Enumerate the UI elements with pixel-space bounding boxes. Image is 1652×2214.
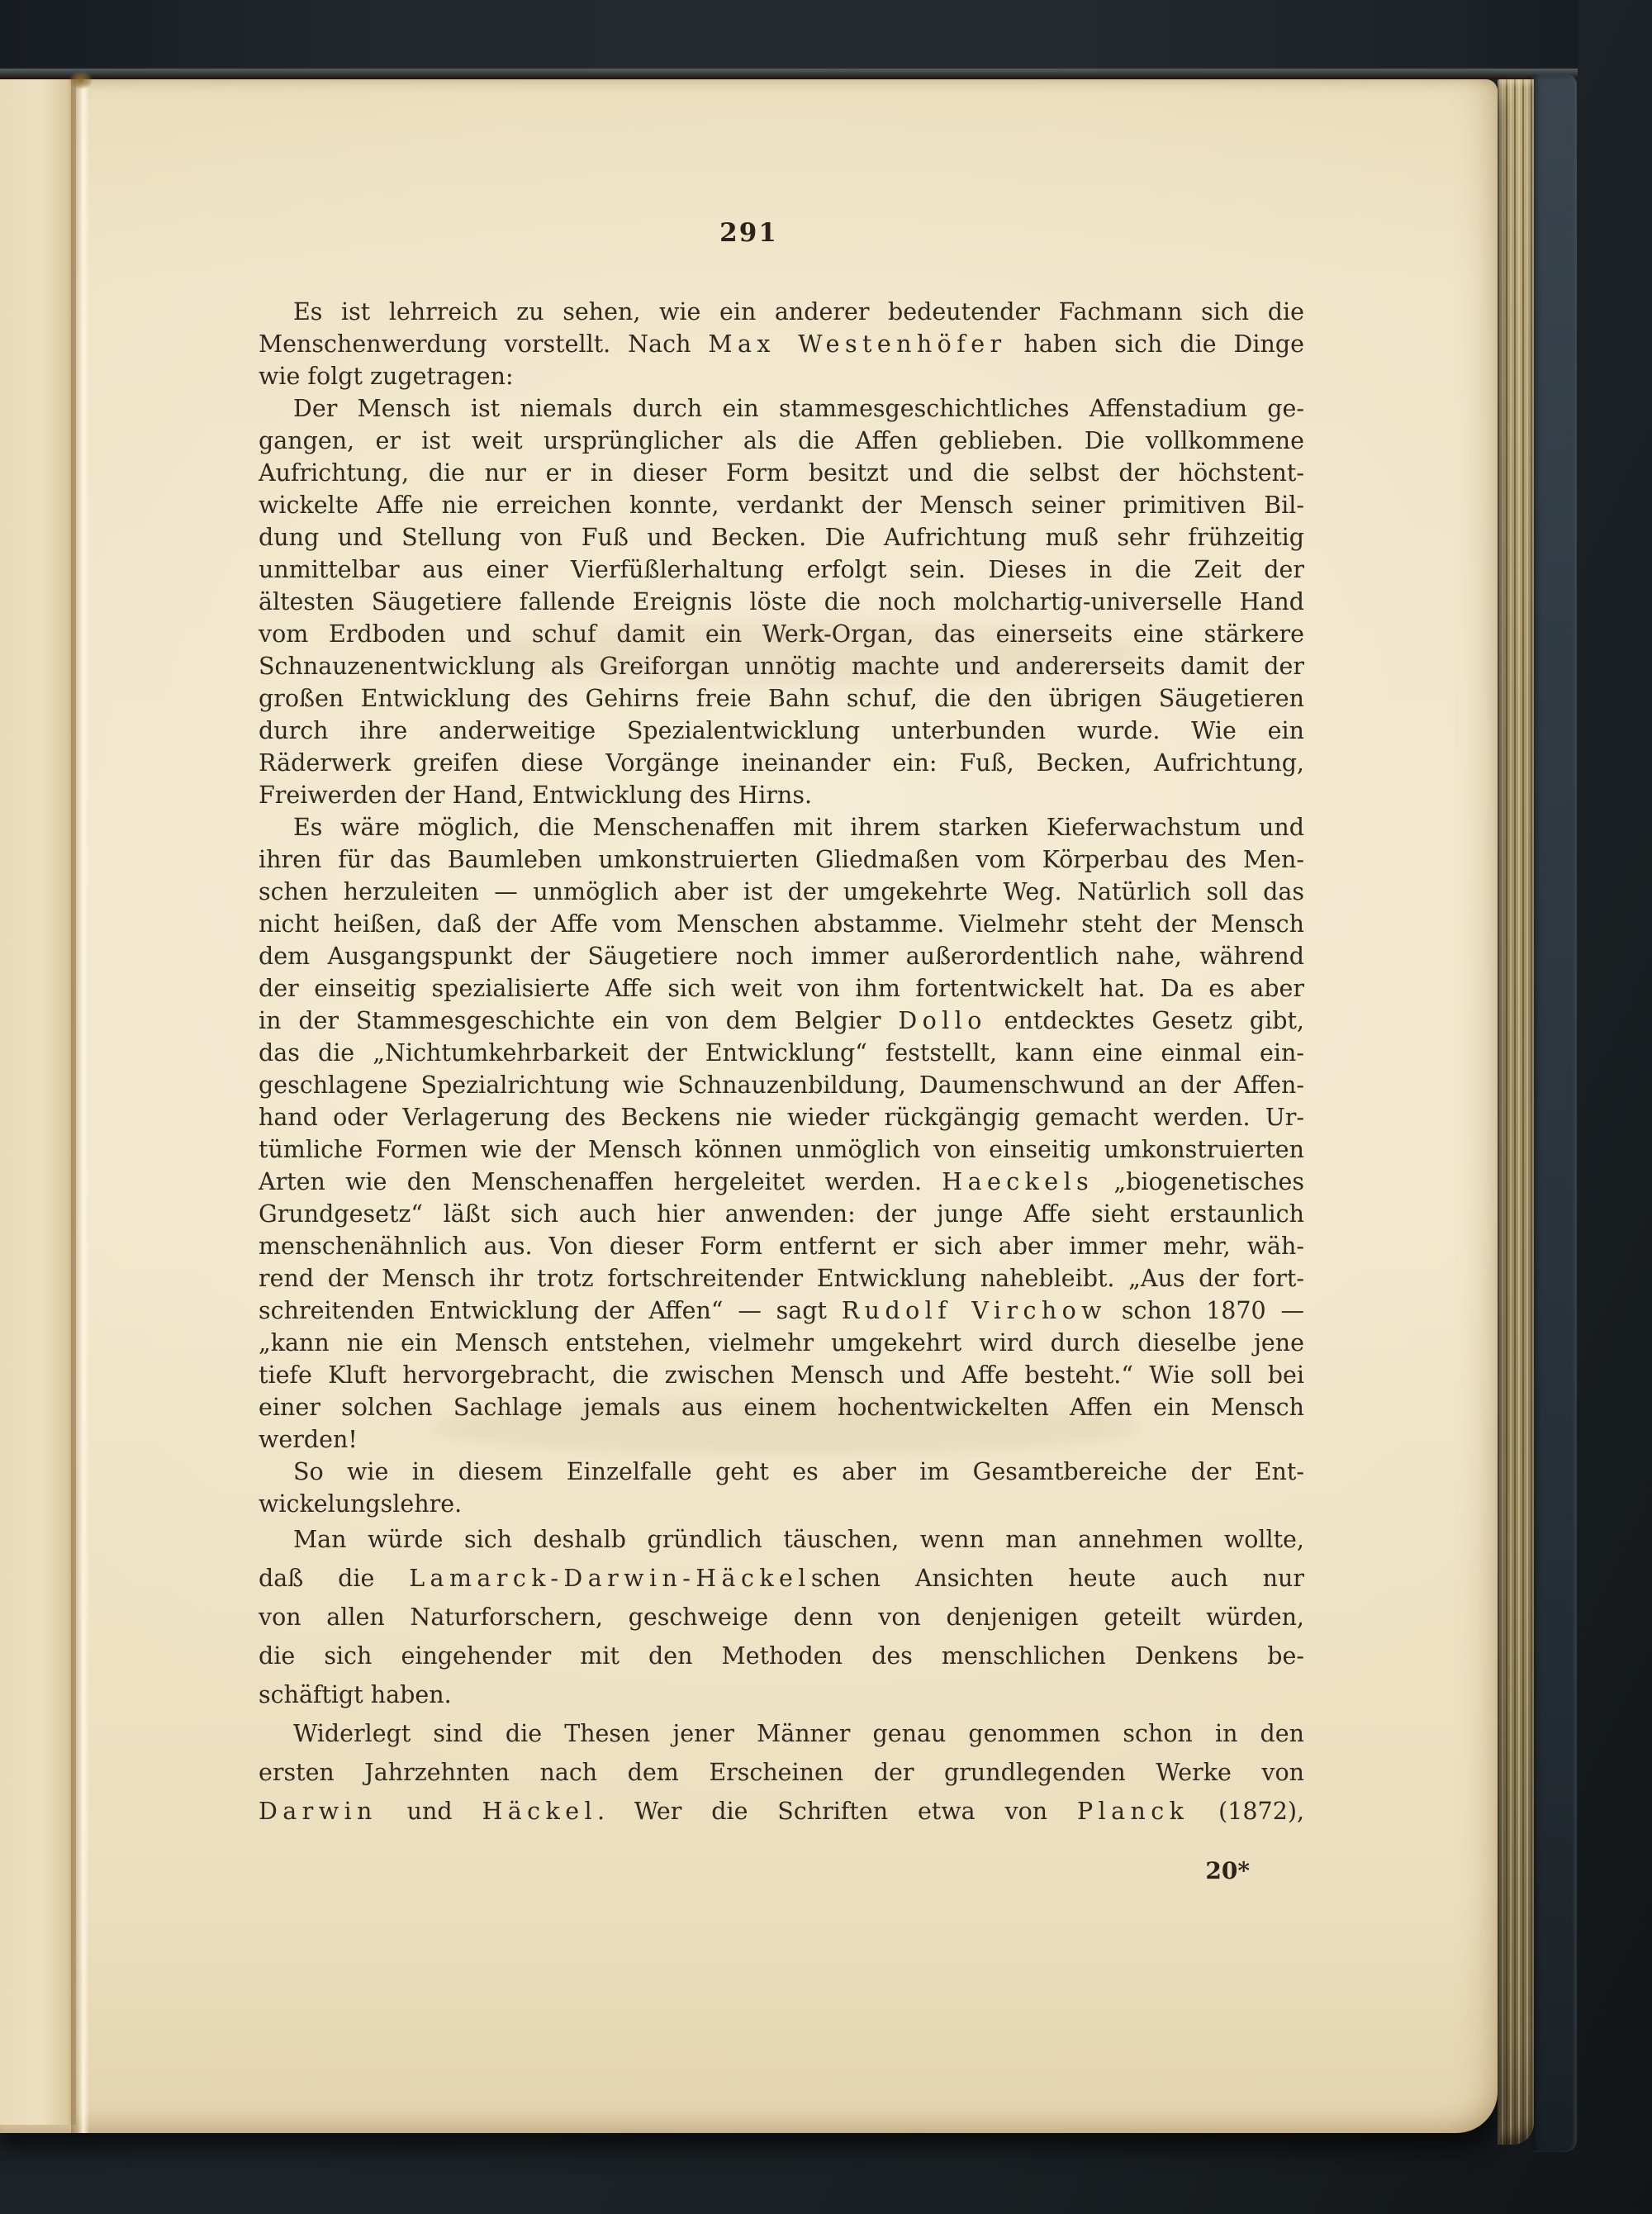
letterspaced-name: Dollo (898, 1007, 986, 1034)
book-cover-right-edge (1532, 74, 1577, 2152)
text-line: menschenähnlich aus. Von dieser Form ent… (259, 1230, 1304, 1262)
text-line: vom Erdboden und schuf damit ein Werk-Or… (259, 618, 1304, 650)
text-line: großen Entwicklung des Gehirns freie Bah… (259, 682, 1304, 715)
text-line: ihren für das Baumleben umkonstruierten … (259, 843, 1304, 876)
text-line: Räderwerk greifen diese Vorgänge ineinan… (259, 747, 1304, 779)
facing-page-sliver (0, 79, 76, 2125)
text-run: „biogenetisches (1094, 1168, 1304, 1195)
paragraph: Der Mensch ist niemals durch ein stammes… (259, 392, 1304, 811)
text-line: von allen Naturforschern, geschweige den… (259, 1598, 1304, 1637)
text-run: menschenähnlich aus. Von dieser Form ent… (259, 1233, 1304, 1260)
text-run: einer solchen Sachlage jemals aus einem … (259, 1394, 1304, 1421)
text-run: schreitenden Entwicklung der Affen“ — sa… (259, 1297, 842, 1324)
text-line: durch ihre anderweitige Spezialentwicklu… (259, 715, 1304, 747)
body-text: Es ist lehrreich zu sehen, wie ein ander… (259, 296, 1304, 1831)
text-run: durch ihre anderweitige Spezialentwicklu… (259, 717, 1304, 744)
text-line: schen herzuleiten — unmöglich aber ist d… (259, 876, 1304, 908)
text-run: ihren für das Baumleben umkonstruierten … (259, 846, 1304, 873)
paragraph: So wie in diesem Einzelfalle geht es abe… (259, 1456, 1304, 1520)
text-line: das die „Nichtumkehrbarkeit der Entwickl… (259, 1037, 1304, 1069)
text-run: wickelungslehre. (259, 1490, 462, 1518)
text-line: Arten wie den Menschenaffen hergeleitet … (259, 1166, 1304, 1198)
text-line: Grundgesetz“ läßt sich auch hier anwende… (259, 1198, 1304, 1230)
text-run: Räderwerk greifen diese Vorgänge ineinan… (259, 749, 1304, 777)
letterspaced-name: Haeckels (942, 1168, 1094, 1195)
text-line: die sich eingehender mit den Methoden de… (259, 1637, 1304, 1675)
text-run: Aufrichtung, die nur er in dieser Form b… (259, 459, 1304, 487)
text-run: Freiwerden der Hand, Entwicklung des Hir… (259, 782, 812, 809)
text-run: . Wer die Schriften etwa von (597, 1798, 1077, 1825)
text-run: in der Stammesgeschichte ein von dem Bel… (259, 1007, 898, 1034)
text-line: schäftigt haben. (259, 1675, 1304, 1714)
text-run: wickelte Affe nie erreichen konnte, verd… (259, 492, 1304, 519)
text-run: hand oder Verlagerung des Beckens nie wi… (259, 1104, 1304, 1131)
text-run: wie folgt zugetragen: (259, 363, 514, 390)
text-run: dem Ausgangspunkt der Säugetiere noch im… (259, 943, 1304, 970)
text-line: So wie in diesem Einzelfalle geht es abe… (259, 1456, 1304, 1488)
text-line: Freiwerden der Hand, Entwicklung des Hir… (259, 779, 1304, 811)
text-run: Es wäre möglich, die Menschenaffen mit i… (293, 814, 1304, 841)
text-run: ältesten Säugetiere fallende Ereignis lö… (259, 588, 1304, 615)
text-run: ersten Jahrzehnten nach dem Erscheinen d… (259, 1759, 1304, 1786)
text-line: wie folgt zugetragen: (259, 360, 1304, 392)
text-line: wickelte Affe nie erreichen konnte, verd… (259, 489, 1304, 521)
text-run: Widerlegt sind die Thesen jener Männer g… (293, 1720, 1304, 1747)
text-run: großen Entwicklung des Gehirns freie Bah… (259, 685, 1304, 712)
binding-fiber-tuft (64, 68, 97, 93)
text-run: tiefe Kluft hervorgebracht, die zwischen… (259, 1361, 1304, 1389)
text-run: schon 1870 — (1107, 1297, 1304, 1324)
text-run: So wie in diesem Einzelfalle geht es abe… (293, 1458, 1304, 1485)
text-line: Aufrichtung, die nur er in dieser Form b… (259, 457, 1304, 489)
text-run: schen herzuleiten — unmöglich aber ist d… (259, 878, 1304, 905)
letterspaced-name: Planck (1077, 1798, 1189, 1825)
letterspaced-name: Häckel (482, 1798, 597, 1825)
text-run: „kann nie ein Mensch entstehen, vielmehr… (259, 1329, 1304, 1356)
text-run: gangen, er ist weit ursprünglicher als d… (259, 427, 1304, 454)
text-line: Schnauzenentwicklung als Greiforgan unnö… (259, 650, 1304, 682)
text-run: haben sich die Dinge (1007, 330, 1304, 358)
text-run: geschlagene Spezialrichtung wie Schnauze… (259, 1071, 1304, 1099)
text-run: schen Ansichten heute auch nur (811, 1565, 1304, 1592)
text-run: Man würde sich deshalb gründlich täusche… (293, 1526, 1304, 1553)
book-photo: 291 Es ist lehrreich zu sehen, wie ein a… (0, 0, 1652, 2214)
text-line: daß die Lamarck-Darwin-Häckelschen Ansic… (259, 1559, 1304, 1598)
text-line: einer solchen Sachlage jemals aus einem … (259, 1391, 1304, 1423)
text-run: schäftigt haben. (259, 1681, 452, 1708)
text-line: hand oder Verlagerung des Beckens nie wi… (259, 1101, 1304, 1133)
text-run: nicht heißen, daß der Affe vom Menschen … (259, 910, 1304, 938)
paragraph: Es ist lehrreich zu sehen, wie ein ander… (259, 296, 1304, 392)
text-line: der einseitig spezialisierte Affe sich w… (259, 972, 1304, 1005)
gutter-crease (71, 79, 89, 2133)
text-line: gangen, er ist weit ursprünglicher als d… (259, 425, 1304, 457)
text-line: in der Stammesgeschichte ein von dem Bel… (259, 1005, 1304, 1037)
text-run: die sich eingehender mit den Methoden de… (259, 1642, 1304, 1670)
text-run: Schnauzenentwicklung als Greiforgan unnö… (259, 653, 1304, 680)
text-line: wickelungslehre. (259, 1488, 1304, 1520)
text-line: Es wäre möglich, die Menschenaffen mit i… (259, 811, 1304, 843)
book-page: 291 Es ist lehrreich zu sehen, wie ein a… (0, 79, 1498, 2133)
text-line: rend der Mensch ihr trotz fortschreitend… (259, 1262, 1304, 1295)
text-line: Widerlegt sind die Thesen jener Männer g… (259, 1714, 1304, 1753)
text-line: „kann nie ein Mensch entstehen, vielmehr… (259, 1327, 1304, 1359)
text-line: schreitenden Entwicklung der Affen“ — sa… (259, 1295, 1304, 1327)
text-run: tümliche Formen wie der Mensch können un… (259, 1136, 1304, 1163)
letterspaced-name: Darwin (259, 1798, 377, 1825)
text-line: ältesten Säugetiere fallende Ereignis lö… (259, 586, 1304, 618)
text-run: daß die (259, 1565, 409, 1592)
text-line: geschlagene Spezialrichtung wie Schnauze… (259, 1069, 1304, 1101)
text-run: vom Erdboden und schuf damit ein Werk-Or… (259, 620, 1304, 648)
text-line: tiefe Kluft hervorgebracht, die zwischen… (259, 1359, 1304, 1391)
book-cover-top-edge (0, 0, 1578, 79)
text-run: Grundgesetz“ läßt sich auch hier anwende… (259, 1200, 1304, 1228)
page-number: 291 (0, 218, 1498, 248)
text-run: dung und Stellung von Fuß und Becken. Di… (259, 524, 1304, 551)
text-run: Der Mensch ist niemals durch ein stammes… (293, 395, 1304, 422)
text-line: ersten Jahrzehnten nach dem Erscheinen d… (259, 1753, 1304, 1792)
text-run: Arten wie den Menschenaffen hergeleitet … (259, 1168, 942, 1195)
text-run: entdecktes Gesetz gibt, (987, 1007, 1304, 1034)
text-line: Darwin und Häckel. Wer die Schriften etw… (259, 1792, 1304, 1831)
letterspaced-name: Max Westenhöfer (708, 330, 1006, 358)
text-line: tümliche Formen wie der Mensch können un… (259, 1133, 1304, 1166)
text-line: Menschenwerdung vorstellt. Nach Max West… (259, 328, 1304, 360)
text-line: dung und Stellung von Fuß und Becken. Di… (259, 521, 1304, 553)
text-run: von allen Naturforschern, geschweige den… (259, 1603, 1304, 1631)
text-run: Menschenwerdung vorstellt. Nach (259, 330, 708, 358)
text-line: Der Mensch ist niemals durch ein stammes… (259, 392, 1304, 425)
text-line: Es ist lehrreich zu sehen, wie ein ander… (259, 296, 1304, 328)
printer-signature-mark: 20* (259, 1857, 1250, 1884)
text-line: werden! (259, 1423, 1304, 1456)
text-run: das die „Nichtumkehrbarkeit der Entwickl… (259, 1039, 1304, 1067)
text-line: dem Ausgangspunkt der Säugetiere noch im… (259, 940, 1304, 972)
text-line: nicht heißen, daß der Affe vom Menschen … (259, 908, 1304, 940)
letterspaced-name: Rudolf Virchow (842, 1297, 1107, 1324)
letterspaced-name: Lamarck-Darwin-Häckel (409, 1565, 811, 1592)
text-run: (1872), (1189, 1798, 1304, 1825)
text-run: rend der Mensch ihr trotz fortschreitend… (259, 1265, 1304, 1292)
text-line: unmittelbar aus einer Vierfüßlerhaltung … (259, 553, 1304, 586)
paragraph: Widerlegt sind die Thesen jener Männer g… (259, 1714, 1304, 1831)
paragraph: Man würde sich deshalb gründlich täusche… (259, 1520, 1304, 1714)
text-line: Man würde sich deshalb gründlich täusche… (259, 1520, 1304, 1559)
page-stack-fore-edge (1498, 79, 1534, 2145)
paragraph: Es wäre möglich, die Menschenaffen mit i… (259, 811, 1304, 1456)
text-run: Es ist lehrreich zu sehen, wie ein ander… (293, 298, 1304, 325)
text-run: der einseitig spezialisierte Affe sich w… (259, 975, 1304, 1002)
text-run: werden! (259, 1426, 358, 1453)
text-run: unmittelbar aus einer Vierfüßlerhaltung … (259, 556, 1304, 583)
text-run: und (377, 1798, 482, 1825)
